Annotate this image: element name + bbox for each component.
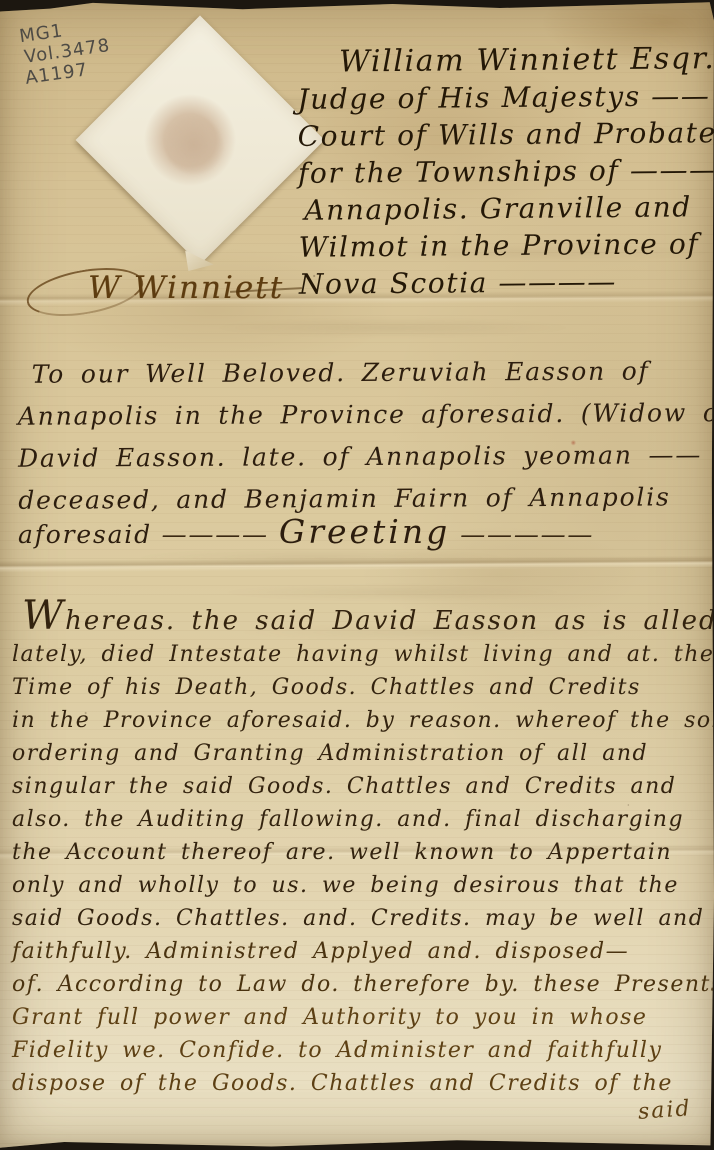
- catchword: said: [637, 1096, 692, 1125]
- seal-wafer: [76, 16, 325, 265]
- salutation-line: David Easson. late. of Annapolis yeoman …: [18, 434, 710, 480]
- body-paragraph: Whereas. the said David Easson as is all…: [12, 600, 708, 1100]
- body-line: singular the said Goods. Chattles and Cr…: [12, 770, 708, 803]
- salutation-line: To our Well Beloved. Zeruviah Easson of: [32, 350, 710, 396]
- body-line: said Goods. Chattles. and. Credits. may …: [12, 902, 708, 935]
- fold-crease: [0, 556, 714, 573]
- body-line: Time of his Death, Goods. Chattles and C…: [12, 671, 708, 704]
- greeting-word: Greeting: [269, 512, 460, 551]
- body-line: faithfully. Administred Applyed and. dis…: [12, 935, 708, 968]
- heading-line: William Winniett Esqr.: [339, 40, 713, 80]
- document-heading: William Winniett Esqr.Judge of His Majes…: [297, 40, 714, 303]
- heading-line: for the Townships of ———: [298, 151, 714, 192]
- body-line: dispose of the Goods. Chattles and Credi…: [12, 1067, 708, 1100]
- heading-line: Annapolis. Granville and: [304, 188, 714, 229]
- body-line: Fidelity we. Confide. to Administer and …: [12, 1034, 708, 1067]
- greeting-dashes: ————: [162, 520, 269, 549]
- archive-reference-note: MG1Vol.3478A1197: [18, 14, 114, 89]
- body-line: only and wholly to us. we being desirous…: [12, 869, 708, 902]
- body-line: Whereas. the said David Easson as is all…: [22, 600, 708, 638]
- body-line: in the Province aforesaid. by reason. wh…: [12, 704, 708, 737]
- body-line: ordering and Granting Administration of …: [12, 737, 708, 770]
- manuscript-page: MG1Vol.3478A1197 William Winniett Esqr.J…: [0, 0, 714, 1150]
- heading-line: Nova Scotia ————: [299, 262, 714, 303]
- body-line: of. According to Law do. therefore by. t…: [12, 968, 708, 1001]
- heading-line: Wilmot in the Province of: [298, 225, 714, 266]
- seal-stain: [152, 103, 237, 188]
- salutation-paragraph: To our Well Beloved. Zeruviah Easson ofA…: [18, 350, 711, 522]
- greeting-lead: aforesaid: [18, 520, 162, 549]
- greeting-dashes: —————: [460, 520, 594, 549]
- body-line: the Account thereof are. well known to A…: [12, 836, 708, 869]
- heading-line: Court of Wills and Probates: [298, 114, 714, 155]
- salutation-line: Annapolis in the Province aforesaid. (Wi…: [18, 392, 710, 438]
- heading-line: Judge of His Majestys ——: [297, 77, 713, 118]
- document-photo: MG1Vol.3478A1197 William Winniett Esqr.J…: [0, 0, 714, 1150]
- judge-signature: W Winniett: [88, 270, 284, 306]
- body-line: lately, died Intestate having whilst liv…: [12, 638, 708, 671]
- greeting-line: aforesaid ————Greeting—————: [18, 512, 710, 551]
- body-line: Grant full power and Authority to you in…: [12, 1001, 708, 1034]
- body-line: also. the Auditing fallowing. and. final…: [12, 803, 708, 836]
- judge-signature-block: W Winniett: [24, 262, 304, 326]
